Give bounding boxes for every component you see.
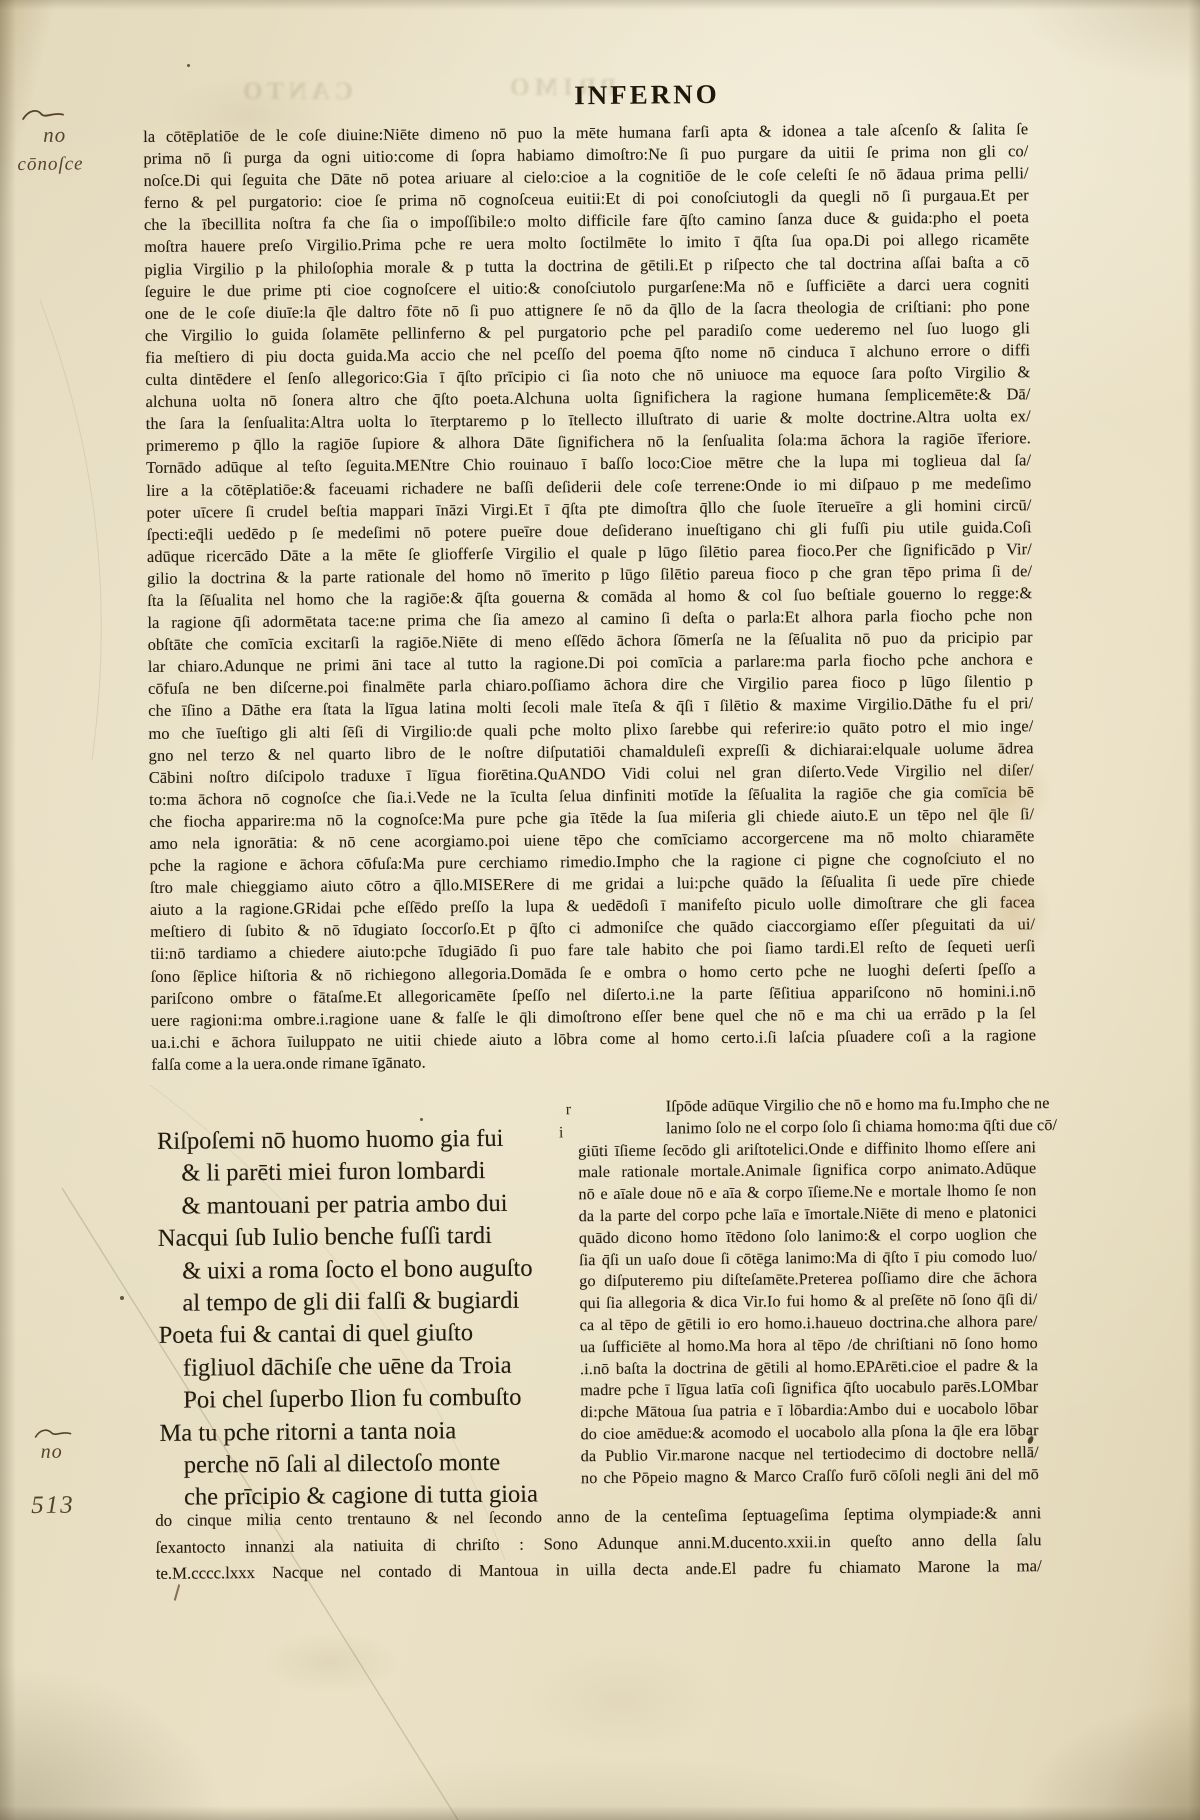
marginalia-top: no cōnoſce: [17, 106, 148, 176]
column-commentary-line: no che Pōpeio magno & Marco Craſſo furō …: [581, 1464, 1039, 1490]
ink-speck: [120, 1296, 124, 1300]
guide-letter-r: r: [566, 1101, 571, 1119]
marginalia-bottom-number: 513: [31, 1491, 151, 1520]
verse-line: perche nō ſali al dilectoſo monte: [160, 1446, 580, 1482]
book-page: CANTO PRIMO INFERNO no cōnoſce la cōtēpl…: [0, 0, 1200, 1820]
marginalia-top-word: no: [17, 122, 147, 148]
verse-column: Riſpoſemi nō huomo huomo gia fui& li par…: [157, 1122, 580, 1514]
verse-line: figliuol dāchiſe che uēne da Troia: [159, 1349, 579, 1385]
text-layer: INFERNO no cōnoſce la cōtēplatiōe de le …: [0, 0, 1200, 1820]
verse-line: Poi chel ſuperbo Ilion fu combuſto: [159, 1381, 579, 1417]
verse-line: & li parēti miei furon lombardi: [157, 1155, 577, 1191]
page-title: INFERNO: [143, 76, 1089, 115]
verse-line: Ma tu pche ritorni a tanta noia: [159, 1414, 579, 1450]
ink-speck: [187, 64, 190, 67]
marginalia-top-word-2: cōnoſce: [17, 153, 147, 176]
marginalia-bottom: no 513: [30, 1426, 151, 1520]
guide-letter-i: i: [559, 1124, 564, 1142]
verse-line: & uixi a roma ſocto el bono auguſto: [158, 1252, 578, 1288]
commentary-block: la cōtēplatiōe de le coſe diuine:Niēte d…: [143, 118, 1036, 1076]
ink-speck: [420, 1118, 423, 1121]
marginalia-bottom-word: no: [31, 1440, 151, 1464]
verse-line: & mantouani per patria ambo dui: [157, 1187, 577, 1223]
verse-line: Poeta fui & cantai di quel giuſto: [159, 1317, 579, 1353]
verse-line: Nacqui ſub Iulio benche fuſſi tardi: [158, 1219, 578, 1255]
handwritten-squiggle-icon: [30, 1427, 74, 1441]
verse-line: Riſpoſemi nō huomo huomo gia fui: [157, 1122, 577, 1158]
verse-line: al tempo de gli dii falſi & bugiardi: [158, 1284, 578, 1320]
handwritten-squiggle-icon: [17, 107, 69, 123]
bottom-text-block: do cinque milia cento trentauno & nel ſe…: [155, 1500, 1042, 1588]
column-commentary-block: r i Iſpōde adūque Virgilio che nō e homo…: [578, 1093, 1039, 1489]
